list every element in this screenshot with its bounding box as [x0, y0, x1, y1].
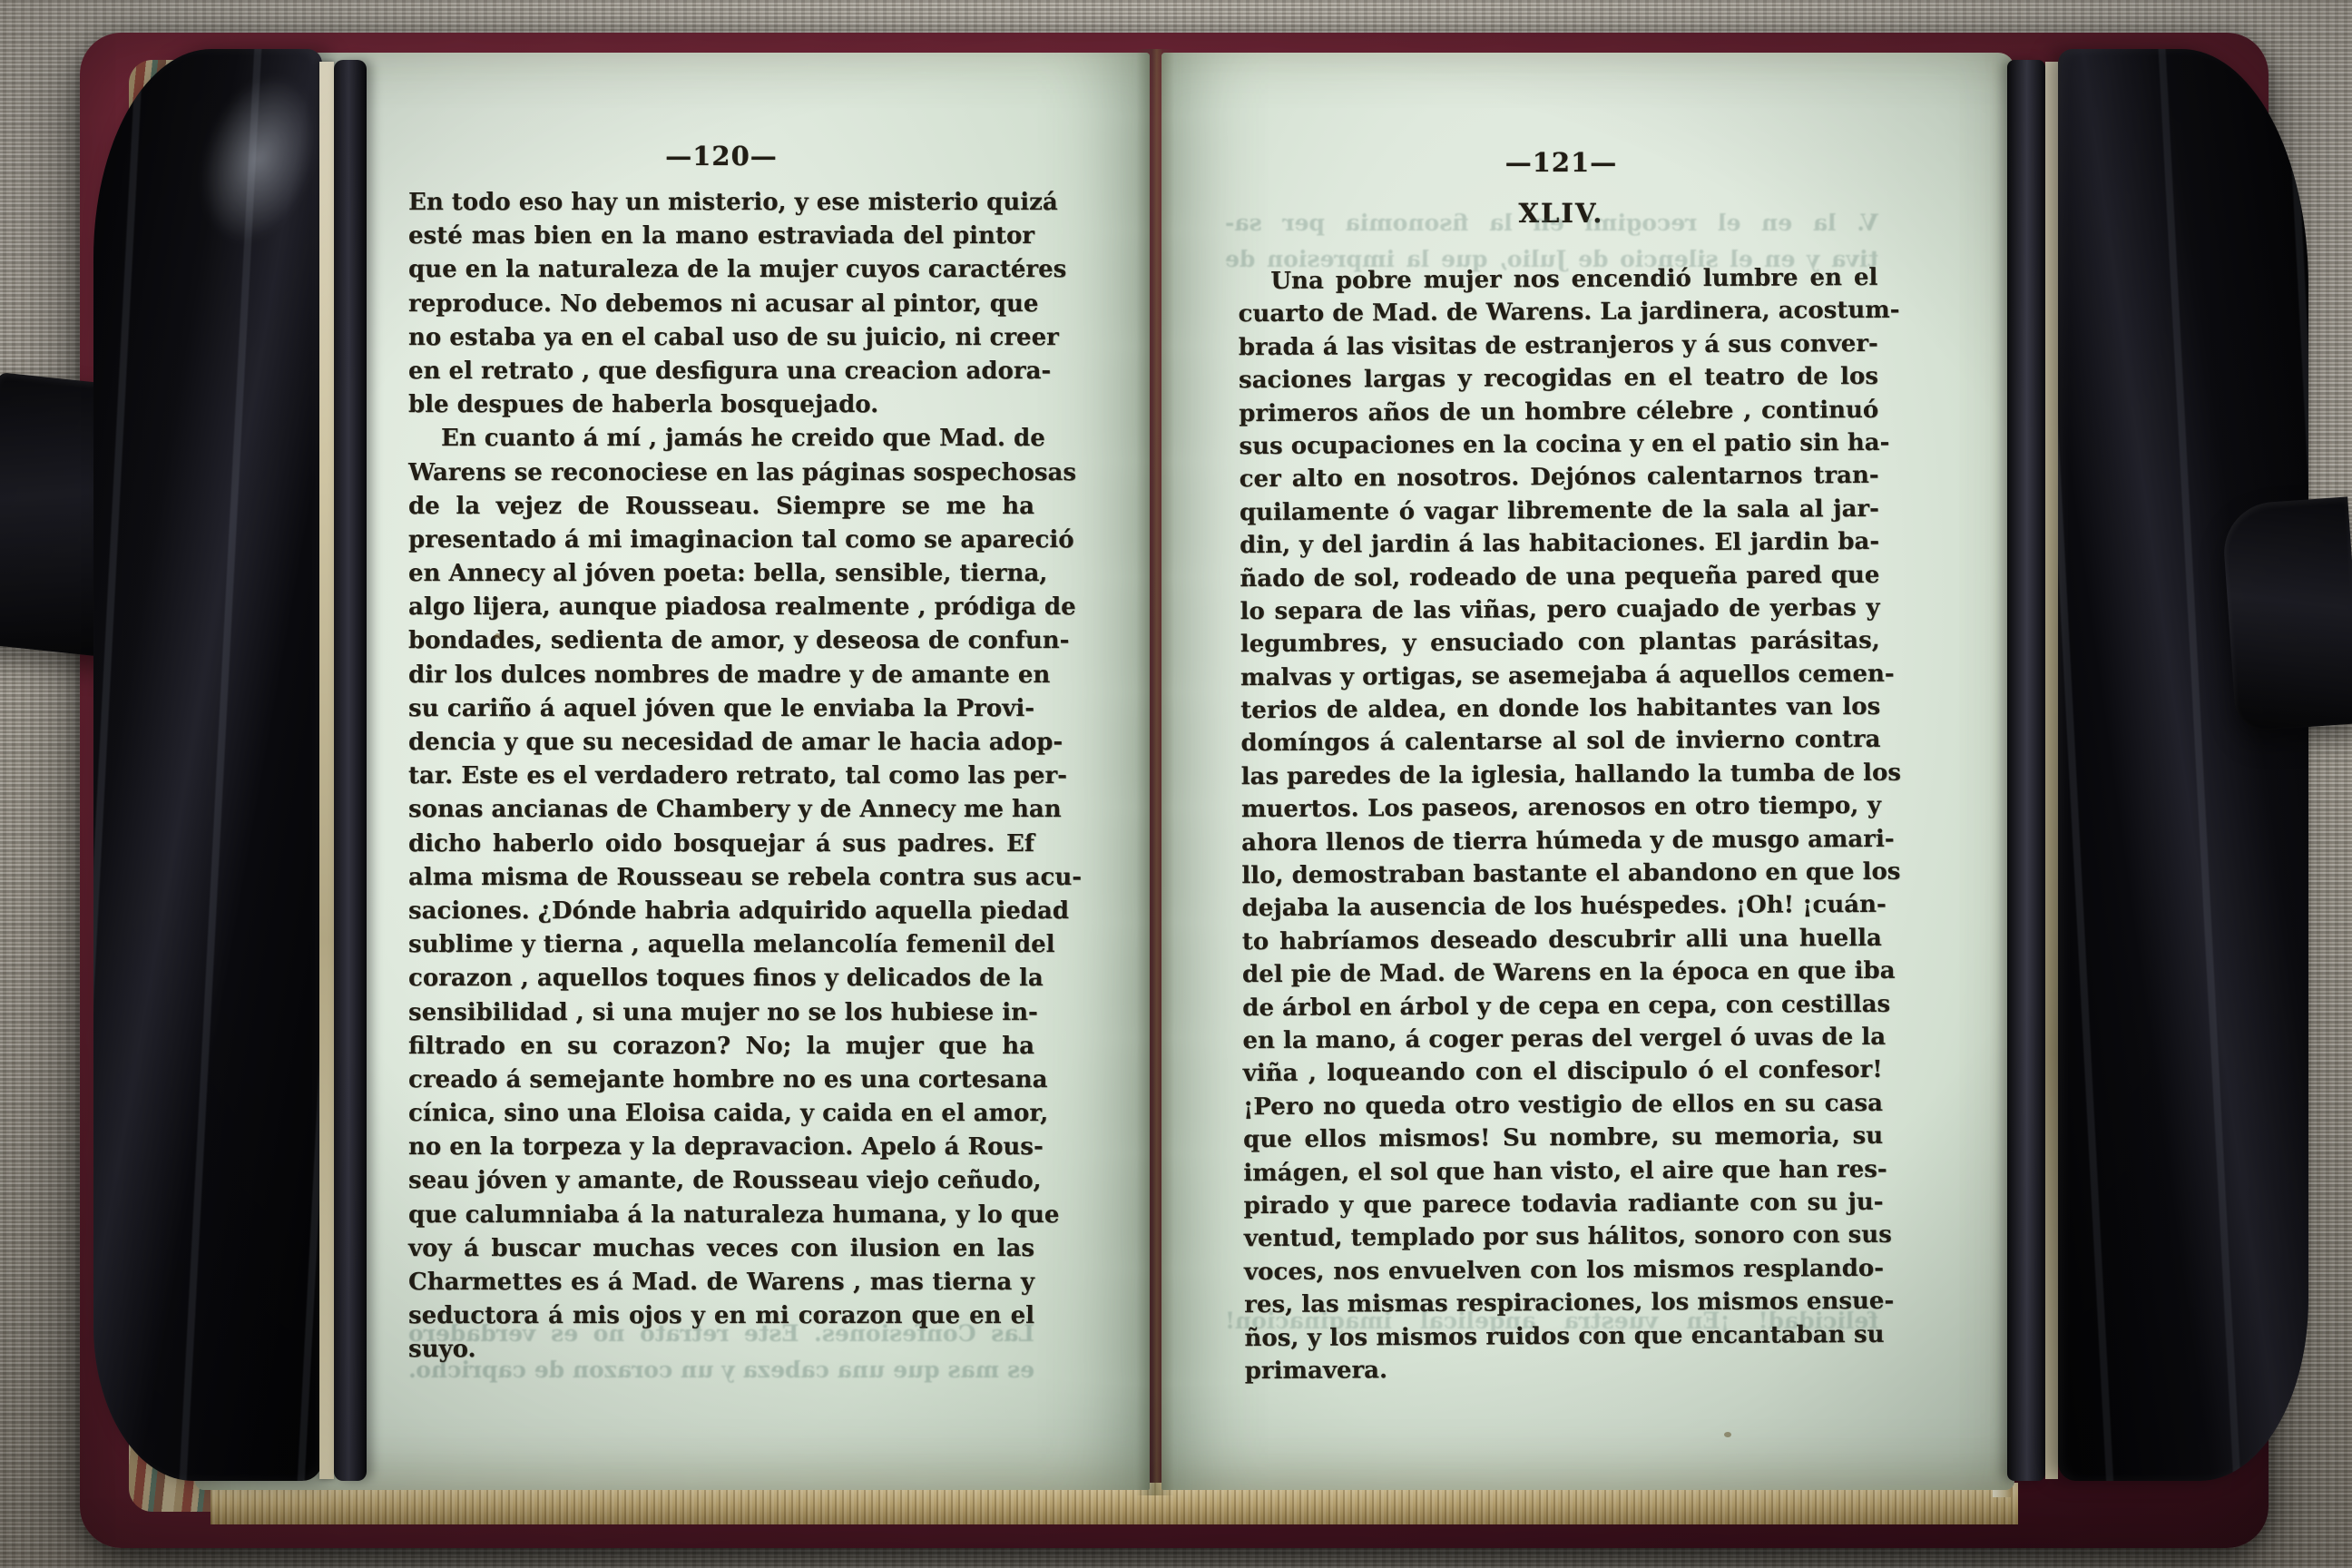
text-line: brada á las visitas de estranjeros y á s… [1239, 328, 1878, 365]
text-line: cínica, sino una Eloisa caida, y caida e… [408, 1097, 1034, 1131]
text-line: saciones. ¿Dónde habria adquirido aquell… [408, 895, 1034, 928]
text-line: creado á semejante hombre no es una cort… [408, 1063, 1034, 1097]
text-line: din, y del jardin á las habitaciones. El… [1240, 525, 1879, 563]
text-line: dencia y que su necesidad de amar le hac… [408, 726, 1034, 759]
text-line: to habríamos deseado descubrir alli una … [1242, 922, 1882, 959]
text-line: del pie de Mad. de Warens en la época en… [1242, 955, 1882, 992]
text-line: que ellos mismos! Su nombre, su memoria,… [1243, 1120, 1883, 1157]
text-line: lo separa de las viñas, pero cuajado de … [1240, 592, 1879, 629]
text-line: sublime y tierna , aquella melancolía fe… [408, 928, 1034, 962]
text-line: ble despues de haberla bosquejado. [408, 388, 1034, 422]
text-line: ¡Pero no queda otro vestigio de ellos en… [1243, 1087, 1883, 1124]
text-line: muertos. Los paseos, arenosos en otro ti… [1241, 789, 1881, 827]
text-line: llo, demostraban bastante el abandono en… [1241, 856, 1881, 893]
text-line: en la mano, á coger peras del vergel ó u… [1242, 1021, 1882, 1058]
text-line: viña , loqueando con el discipulo ó el c… [1243, 1053, 1883, 1091]
text-line: no en la torpeza y la depravacion. Apelo… [408, 1131, 1034, 1164]
book-press-right-bar [2058, 49, 2308, 1481]
text-line: sus ocupaciones en la cocina y en el pat… [1239, 426, 1878, 464]
paper-speck [1724, 1432, 1731, 1437]
text-line: primeros años de un hombre célebre , con… [1239, 393, 1878, 430]
text-line: sonas ancianas de Chambery y de Annecy m… [408, 793, 1034, 827]
text-line: sensibilidad , si una mujer no se los hu… [408, 996, 1034, 1030]
text-line: tar. Este es el verdadero retrato, tal c… [408, 759, 1034, 793]
left-clamp-inner-bar [334, 60, 367, 1481]
text-line: corazon , aquellos toques finos y delica… [408, 962, 1034, 995]
text-line: Warens se reconociese en las páginas sos… [408, 456, 1034, 490]
text-line: voy á buscar muchas veces con ilusion en… [408, 1232, 1034, 1266]
text-line: terios de aldea, en donde los habitantes… [1240, 691, 1880, 728]
text-line: quilamente ó vagar libremente de la sala… [1240, 493, 1879, 530]
text-line: dicho haberlo oido bosquejar á sus padre… [408, 828, 1034, 861]
text-line: cer alto en nosotros. Dejónos calentarno… [1240, 459, 1879, 496]
page-121: —121— XLIV. V. la en el recogimi en la f… [1161, 53, 2014, 1490]
right-clamp-inner-bar [2007, 60, 2045, 1481]
text-line: dir los dulces nombres de madre y de ama… [408, 659, 1034, 692]
book-gutter-shadow [1136, 49, 1174, 1495]
text-line: Una pobre mujer nos encendió lumbre en e… [1238, 261, 1877, 299]
text-line: ventud, templado por sus hálitos, sonoro… [1244, 1219, 1884, 1256]
page-number: —121— [1241, 147, 1881, 178]
ghost-text-line: V. la en el recogimi en la fisonomia per… [1225, 205, 1878, 241]
text-line: En cuanto á mí , jamás he creido que Mad… [408, 422, 1034, 456]
right-clamp-metal-strip [2045, 62, 2058, 1479]
paper-speck [495, 633, 501, 639]
text-line: alma misma de Rousseau se rebela contra … [408, 861, 1034, 895]
text-line: res, las mismas respiraciones, los mismo… [1244, 1285, 1884, 1322]
text-line: dejaba la ausencia de los huéspedes. ¡Oh… [1241, 888, 1881, 926]
text-line: imágen, el sol que han visto, el aire qu… [1243, 1152, 1883, 1190]
text-line: en Annecy al jóven poeta: bella, sensibl… [408, 557, 1034, 591]
text-line: En todo eso hay un misterio, y ese miste… [408, 186, 1034, 220]
text-line: de árbol en árbol y de cepa en cepa, con… [1242, 987, 1882, 1024]
text-line: legumbres, y ensuciado con plantas parás… [1240, 624, 1880, 661]
text-line: reproduce. No debemos ni acusar al pinto… [408, 288, 1034, 321]
text-line: ños, y los mismos ruidos con que encanta… [1244, 1318, 1884, 1355]
left-clamp-metal-strip [319, 62, 334, 1479]
text-line: seau jóven y amante, de Rousseau viejo c… [408, 1164, 1034, 1198]
text-line: de la vejez de Rousseau. Siempre se me h… [408, 490, 1034, 524]
text-line: ahora llenos de tierra húmeda y de musgo… [1241, 822, 1881, 859]
text-line: que calumniaba á la naturaleza humana, y… [408, 1199, 1034, 1232]
book-press-right-arm [2220, 496, 2352, 731]
text-line: ñado de sol, rodeado de una pequeña pare… [1240, 558, 1879, 595]
text-line: Charmettes es á Mad. de Warens , mas tie… [408, 1266, 1034, 1299]
text-line: no estaba ya en el cabal uso de su juici… [408, 321, 1034, 355]
text-line: pirado y que parece todavia radiante con… [1243, 1186, 1883, 1223]
text-line: voces, nos envuelven con los mismos resp… [1244, 1252, 1884, 1289]
text-line: malvas y ortigas, se asemejaba á aquello… [1240, 658, 1880, 695]
text-line: filtrado en su corazon? No; la mujer que… [408, 1030, 1034, 1063]
page-number: —120— [408, 141, 1034, 171]
body-text-column: En todo eso hay un misterio, y ese miste… [408, 186, 1034, 1367]
text-line: domíngos á calentarse al sol de invierno… [1240, 723, 1880, 760]
text-line: esté mas bien en la mano estraviada del … [408, 220, 1034, 253]
text-line: bondades, sedienta de amor, y deseosa de… [408, 624, 1034, 658]
text-line: que en la naturaleza de la mujer cuyos c… [408, 253, 1034, 287]
text-line: suyo. [408, 1333, 1034, 1367]
text-line: presentado á mi imaginacion tal como se … [408, 524, 1034, 557]
book-press-left-bar [93, 49, 322, 1481]
text-line: seductora á mis ojos y en mi corazon que… [408, 1299, 1034, 1333]
text-line: su cariño á aquel jóven que le enviaba l… [408, 692, 1034, 726]
text-line: las paredes de la iglesia, hallando la t… [1241, 757, 1881, 794]
text-line: saciones largas y recogidas en el teatro… [1239, 360, 1878, 397]
text-line: cuarto de Mad. de Warens. La jardinera, … [1238, 294, 1877, 331]
body-text-column: Una pobre mujer nos encendió lumbre en e… [1238, 261, 1885, 1388]
text-line: primavera. [1245, 1351, 1885, 1388]
photo-scene: —120— Las Confesiones. Este retrato no e… [0, 0, 2352, 1568]
text-line: en el retrato , que desfigura una creaci… [408, 355, 1034, 388]
text-line: algo lijera, aunque piadosa realmente , … [408, 591, 1034, 624]
